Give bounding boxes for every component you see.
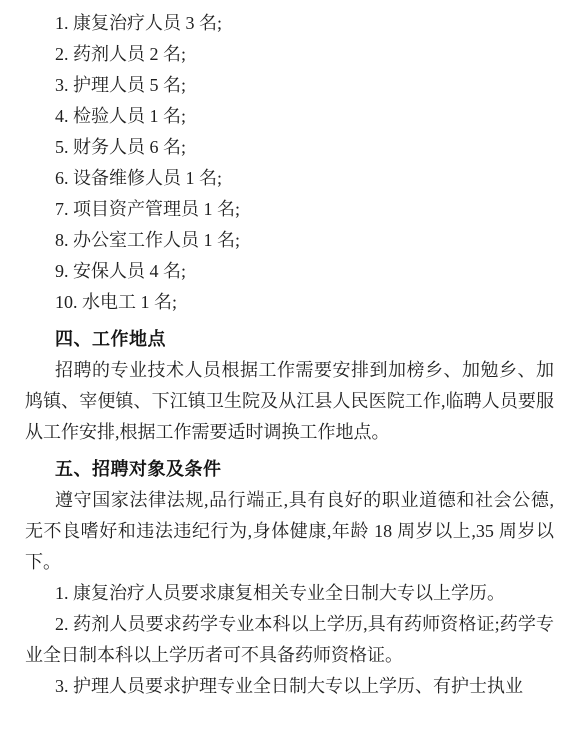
document-page: 1. 康复治疗人员 3 名; 2. 药剂人员 2 名; 3. 护理人员 5 名;… (0, 0, 579, 734)
work-location-paragraph: 招聘的专业技术人员根据工作需要安排到加榜乡、加勉乡、加鸠镇、宰便镇、下江镇卫生院… (25, 355, 554, 448)
recruitment-count-item: 3. 护理人员 5 名; (25, 70, 554, 101)
recruitment-count-item: 4. 检验人员 1 名; (25, 101, 554, 132)
recruitment-count-item: 2. 药剂人员 2 名; (25, 39, 554, 70)
requirements-item-paragraph: 2. 药剂人员要求药学专业本科以上学历,具有药师资格证;药学专业全日制本科以上学… (25, 609, 554, 671)
requirements-general-paragraph: 遵守国家法律法规,品行端正,具有良好的职业道德和社会公德,无不良嗜好和违法违纪行… (25, 485, 554, 578)
recruitment-count-item: 8. 办公室工作人员 1 名; (25, 225, 554, 256)
recruitment-count-item: 10. 水电工 1 名; (25, 287, 554, 318)
requirements-item-paragraph: 1. 康复治疗人员要求康复相关专业全日制大专以上学历。 (25, 578, 554, 609)
recruitment-count-item: 9. 安保人员 4 名; (25, 256, 554, 287)
section-heading-work-location: 四、工作地点 (25, 324, 554, 355)
recruitment-count-item: 7. 项目资产管理员 1 名; (25, 194, 554, 225)
requirements-item-paragraph: 3. 护理人员要求护理专业全日制大专以上学历、有护士执业 (25, 671, 554, 702)
recruitment-count-item: 5. 财务人员 6 名; (25, 132, 554, 163)
section-heading-requirements: 五、招聘对象及条件 (25, 454, 554, 485)
recruitment-count-item: 6. 设备维修人员 1 名; (25, 163, 554, 194)
recruitment-count-item: 1. 康复治疗人员 3 名; (25, 8, 554, 39)
